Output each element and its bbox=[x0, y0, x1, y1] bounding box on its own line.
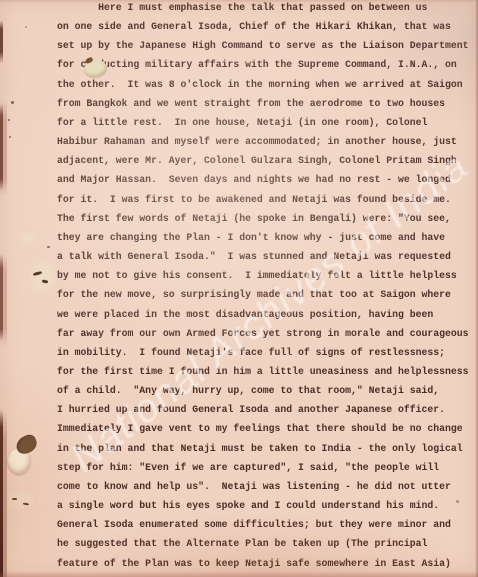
typed-line: set up by the Japanese High Command to s… bbox=[57, 36, 469, 55]
ink-speck bbox=[9, 136, 11, 138]
typed-line: we were placed in the most disadvantageo… bbox=[57, 305, 469, 324]
typed-line: on one side and General Isoda, Chief of … bbox=[57, 17, 469, 36]
typed-line: in mobility. I found Netaji's face full … bbox=[57, 343, 469, 362]
typed-line: the other. It was 8 o'clock in the morni… bbox=[57, 75, 469, 94]
typed-line: and Major Hassan. Seven days and nights … bbox=[57, 170, 469, 189]
typed-line: I hurried up and found General Isoda and… bbox=[57, 400, 469, 419]
paper-hole-mid bbox=[29, 261, 56, 292]
ink-speck bbox=[8, 119, 10, 121]
typed-line: for the first time I found in him a litt… bbox=[57, 362, 469, 381]
typed-line: from Bangkok and we went straight from t… bbox=[57, 94, 469, 113]
typed-line: for conducting military affairs with the… bbox=[57, 55, 469, 74]
typed-line: adjacent, were Mr. Ayer, Colonel Gulzara… bbox=[57, 151, 469, 170]
typed-line: he suggested that the Alternate Plan be … bbox=[57, 534, 469, 553]
ink-speck bbox=[12, 498, 17, 500]
ink-speck bbox=[47, 246, 50, 248]
typed-line: General Isoda enumerated some difficulti… bbox=[57, 515, 469, 534]
typed-line: they are changing the Plan - I don't kno… bbox=[57, 228, 469, 247]
typed-line: in the plan and that Netaji must be take… bbox=[57, 439, 469, 458]
typed-line: Habibur Rahaman and myself were accommod… bbox=[57, 132, 469, 151]
typed-line: for it. I was first to be awakened and N… bbox=[57, 190, 469, 209]
left-edge-dark-stain bbox=[0, 0, 3, 577]
typed-line: by me not to give his consent. I immedia… bbox=[57, 266, 469, 285]
ink-speck bbox=[456, 500, 459, 503]
paper-hole-mid-small bbox=[19, 232, 35, 244]
typed-line: for a little rest. In one house, Netaji … bbox=[57, 113, 469, 132]
top-edge-shadow bbox=[0, 0, 478, 3]
typed-line: a talk with General Isoda." I was stunne… bbox=[57, 247, 469, 266]
ink-speck bbox=[25, 26, 27, 28]
typed-line: Immediately I gave vent to my feelings t… bbox=[57, 419, 469, 438]
typed-line: step for him: "Even if we are captured",… bbox=[57, 458, 469, 477]
typed-line: for the new move, so surprisingly made a… bbox=[57, 285, 469, 304]
bottom-edge-shadow bbox=[0, 571, 478, 577]
typed-line: far away from our own Armed Forces yet s… bbox=[57, 324, 469, 343]
paper-smudge-bottom bbox=[7, 490, 34, 509]
typed-line: of a child. "Any way, hurry up, come to … bbox=[57, 381, 469, 400]
ink-speck bbox=[11, 101, 14, 104]
typed-line: come to know and help us". Netaji was li… bbox=[57, 477, 469, 496]
document-page: Here I must emphasise the talk that pass… bbox=[0, 0, 478, 577]
typed-line: a single word but his eyes spoke and I c… bbox=[57, 496, 469, 515]
typed-line: feature of the Plan was to keep Netaji s… bbox=[57, 554, 469, 573]
typed-text: Here I must emphasise the talk that pass… bbox=[57, 0, 469, 573]
typed-line: The first few words of Netaji (he spoke … bbox=[57, 209, 469, 228]
